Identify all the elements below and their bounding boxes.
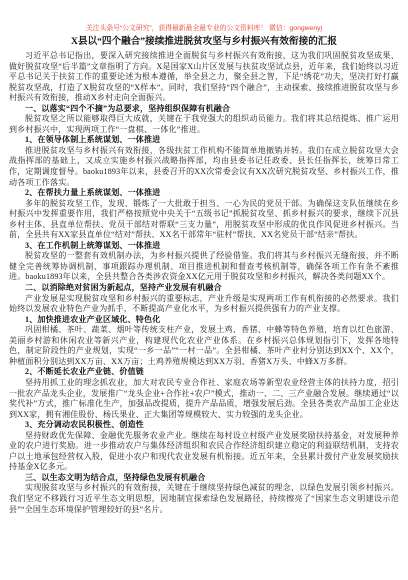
intro-paragraph: 习近平总书记指出，要深入研究接续推进全面脱贫与乡村振兴有效衔接，这为我们巩固脱贫… <box>9 51 399 104</box>
section-2-3-heading: 3、充分调动农民积极性、创造性 <box>9 420 399 431</box>
section-2-3-paragraph: 坚持财政优先保障、金融优先服务农业产业。继续在每村设立村级产业发展奖励扶持基金，… <box>9 431 399 473</box>
section-3-heading: 三、以生态文明为结合点，坚持绿色发展有机融合 <box>9 473 399 484</box>
section-1-3-paragraph: 脱贫攻坚的一整套有效机制办法，为乡村振兴提供了经验借鉴。我们将其与乡村振兴无缝衔… <box>9 251 399 283</box>
promo-notice: 关注头条号“公文研究”，获得最新最全最专业的公文资料库！ 微信：gongweny… <box>9 24 399 33</box>
section-1-2-heading: 2、在帮扶力量上系统谋划、一体推进 <box>9 188 399 199</box>
document-title: X县以“四个融合”接续推进脱贫攻坚与乡村振兴有效衔接的汇报 <box>9 36 399 48</box>
section-2-1-paragraph: 巩固柑橘、茶叶、蔬菜、烟叶等传统支柱产业，发展土鸡、香猪、中蜂等特色养殖，培育以… <box>9 325 399 367</box>
section-2-paragraph: 产业发展是实现脱贫攻坚和乡村振兴的重要标志，产业升级是实现两项工作有机衔接的必然… <box>9 294 399 315</box>
section-1-heading: 一、以落实“四个不摘”为总要求，坚持组织保障有机融合 <box>9 104 399 115</box>
section-1-1-heading: 1、在领导体制上系统谋划、一体推进 <box>9 135 399 146</box>
document-body: 习近平总书记指出，要深入研究接续推进全面脱贫与乡村振兴有效衔接，这为我们巩固脱贫… <box>9 51 399 515</box>
section-1-3-heading: 3、在工作机制上统筹谋划、一体推进 <box>9 241 399 252</box>
document-page: 关注头条号“公文研究”，获得最新最全最专业的公文资料库！ 微信：gongweny… <box>0 0 408 580</box>
section-2-2-heading: 2、不断延长农业产业链、价值链 <box>9 367 399 378</box>
section-1-2-paragraph: 多年的脱贫攻坚工作，发现、锻炼了一大批敢于担当、一心为民的党员干部。为确保这支队… <box>9 199 399 241</box>
section-1-1-paragraph: 推进脱贫攻坚与乡村振兴有效衔接，各级扶贫工作机构不能简单地撤销并转。我们在成立脱… <box>9 146 399 188</box>
section-2-2-paragraph: 坚持用抓工业的理念抓农业，加大对农民专业合作社、家庭农场等新型农业经营主体的扶持… <box>9 378 399 420</box>
section-1-paragraph: 脱贫攻坚之所以能够取得巨大成就，关键在于我党强大的组织动员能力。我们将其总结提炼… <box>9 114 399 135</box>
section-2-heading: 二、以消除绝对贫困为新起点，坚持产业发展有机融合 <box>9 283 399 294</box>
section-2-1-heading: 1、加快推进农业产业区域化、特色化 <box>9 315 399 326</box>
section-3-paragraph: 实现脱贫攻坚与乡村振兴的有效衔接，关键在于继续坚持绿色减贫的理念，以绿色发展引领… <box>9 483 399 515</box>
